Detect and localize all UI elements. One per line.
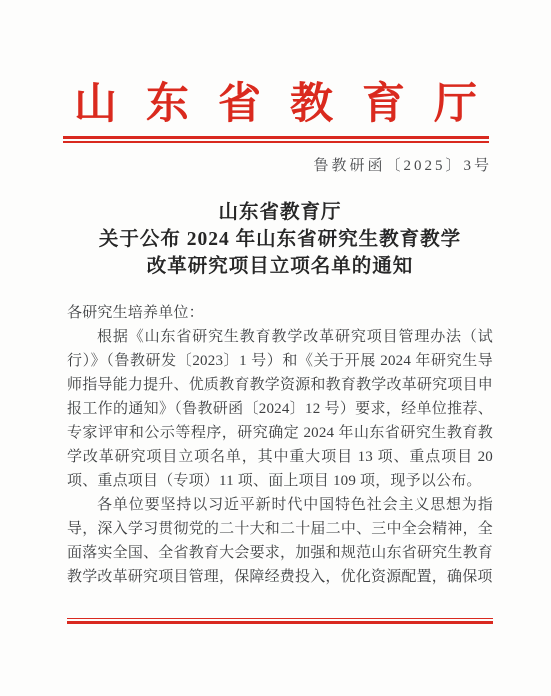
document-page: 山东省教育厅 鲁教研函〔2025〕3号 山东省教育厅 关于公布 2024 年山东…	[0, 0, 551, 696]
body-paragraph-1: 根据《山东省研究生教育教学改革研究项目管理办法（试行）》（鲁教研发〔2023〕1…	[67, 325, 493, 493]
notice-title-line-3: 改革研究项目立项名单的通知	[67, 253, 493, 280]
page-footer-divider	[67, 618, 493, 624]
letterhead-divider	[63, 136, 489, 143]
notice-title: 山东省教育厅 关于公布 2024 年山东省研究生教育教学 改革研究项目立项名单的…	[67, 199, 493, 280]
body-paragraph-2: 各单位要坚持以习近平新时代中国特色社会主义思想为指导，深入学习贯彻党的二十大和二…	[67, 493, 493, 589]
notice-title-line-2: 关于公布 2024 年山东省研究生教育教学	[67, 226, 493, 253]
salutation: 各研究生培养单位：	[67, 301, 493, 325]
letterhead: 山东省教育厅 鲁教研函〔2025〕3号	[0, 0, 551, 175]
agency-name: 山东省教育厅	[0, 0, 551, 127]
document-number: 鲁教研函〔2025〕3号	[0, 154, 551, 175]
document-body: 山东省教育厅 关于公布 2024 年山东省研究生教育教学 改革研究项目立项名单的…	[0, 199, 551, 589]
notice-title-line-1: 山东省教育厅	[67, 199, 493, 226]
